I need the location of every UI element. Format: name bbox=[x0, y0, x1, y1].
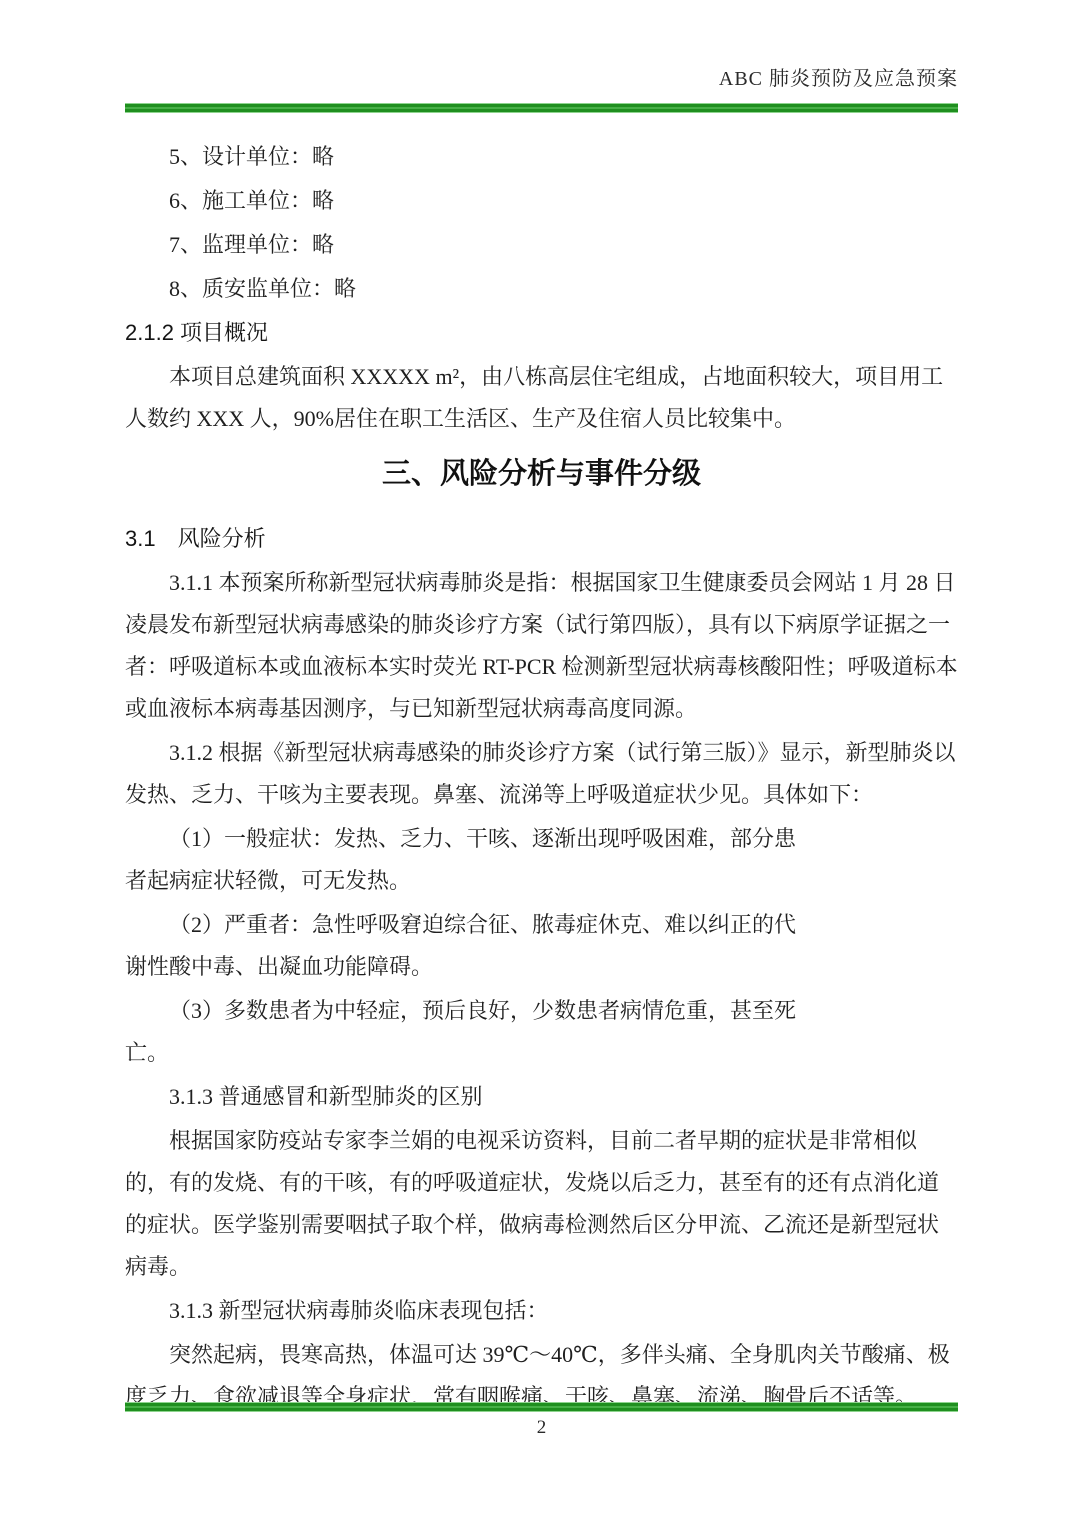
list-item-construction-unit: 6、施工单位：略 bbox=[125, 180, 958, 222]
paragraph-clinical-manifestation: 突然起病，畏寒高热，体温可达 39℃～40℃，多伴头痛、全身肌肉关节酸痛、极度乏… bbox=[125, 1334, 958, 1402]
paragraph-312-symptoms-overview: 3.1.2 根据《新型冠状病毒感染的肺炎诊疗方案（试行第三版）》显示，新型肺炎以… bbox=[125, 732, 958, 816]
paragraph-311-definition: 3.1.1 本预案所称新型冠状病毒肺炎是指：根据国家卫生健康委员会网站 1 月 … bbox=[125, 562, 958, 730]
footer-rule bbox=[125, 1402, 958, 1412]
section-heading-212: 2.1.2 项目概况 bbox=[125, 312, 958, 354]
list-item-quality-safety-unit: 8、质安监单位：略 bbox=[125, 268, 958, 310]
paragraph-project-overview: 本项目总建筑面积 XXXXX m²，由八栋高层住宅组成，占地面积较大，项目用工人… bbox=[125, 356, 958, 440]
section-heading-31: 3.1 风险分析 bbox=[125, 518, 958, 560]
header-title: ABC 肺炎预防及应急预案 bbox=[125, 64, 958, 94]
paragraph-prognosis: （3）多数患者为中轻症，预后良好，少数患者病情危重，甚至死 亡。 bbox=[125, 990, 958, 1074]
heading-313-cold-vs-pneumonia: 3.1.3 普通感冒和新型肺炎的区别 bbox=[125, 1076, 958, 1118]
heading-313-clinical-manifestation: 3.1.3 新型冠状病毒肺炎临床表现包括： bbox=[125, 1290, 958, 1332]
page-header: ABC 肺炎预防及应急预案 bbox=[125, 64, 958, 113]
document-page: ABC 肺炎预防及应急预案 5、设计单位：略 6、施工单位：略 7、监理单位：略… bbox=[0, 0, 1080, 1527]
chapter-heading: 三、风险分析与事件分级 bbox=[125, 450, 958, 498]
page-footer: 2 bbox=[125, 1402, 958, 1441]
page-number: 2 bbox=[125, 1415, 958, 1441]
header-rule bbox=[125, 103, 958, 113]
list-item-supervision-unit: 7、监理单位：略 bbox=[125, 224, 958, 266]
document-body: 5、设计单位：略 6、施工单位：略 7、监理单位：略 8、质安监单位：略 2.1… bbox=[125, 136, 958, 1402]
paragraph-severe-symptoms: （2）严重者：急性呼吸窘迫综合征、脓毒症休克、难以纠正的代 谢性酸中毒、出凝血功… bbox=[125, 904, 958, 988]
paragraph-general-symptoms: （1）一般症状：发热、乏力、干咳、逐渐出现呼吸困难，部分患 者起病症状轻微，可无… bbox=[125, 818, 958, 902]
list-item-design-unit: 5、设计单位：略 bbox=[125, 136, 958, 178]
paragraph-expert-interview: 根据国家防疫站专家李兰娟的电视采访资料，目前二者早期的症状是非常相似的，有的发烧… bbox=[125, 1120, 958, 1288]
